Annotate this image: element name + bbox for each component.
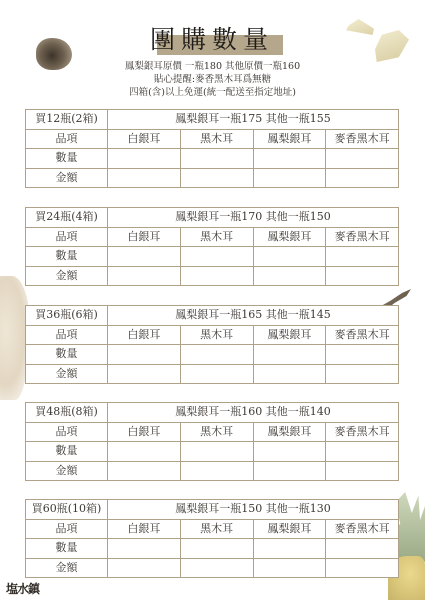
qty-cell[interactable] — [253, 149, 326, 169]
tier-label: 買24瓶(4箱) — [26, 208, 108, 228]
amount-cell[interactable] — [326, 558, 399, 578]
tier-price: 鳳梨銀耳一瓶170 其他一瓶150 — [108, 208, 399, 228]
price-notes: 鳳梨銀耳原價 一瓶180 其他原價一瓶160 貼心提醒:麥香黑木耳爲無糖 四箱(… — [0, 60, 425, 99]
tier-price: 鳳梨銀耳一瓶165 其他一瓶145 — [108, 306, 399, 326]
product-barley-wood-ear: 麥香黑木耳 — [326, 227, 399, 247]
tier-header-row: 買48瓶(8箱) 鳳梨銀耳一瓶160 其他一瓶140 — [26, 403, 399, 423]
product-wood-ear: 黑木耳 — [180, 325, 253, 345]
qty-cell[interactable] — [253, 442, 326, 462]
row-label-amount: 金額 — [26, 266, 108, 286]
product-barley-wood-ear: 麥香黑木耳 — [326, 422, 399, 442]
row-label-qty: 數量 — [26, 442, 108, 462]
tier-header-row: 買12瓶(2箱) 鳳梨銀耳一瓶175 其他一瓶155 — [26, 110, 399, 130]
tier-table-48: 買48瓶(8箱) 鳳梨銀耳一瓶160 其他一瓶140 品項 白銀耳 黑木耳 鳳梨… — [25, 402, 399, 481]
qty-cell[interactable] — [326, 442, 399, 462]
qty-cell[interactable] — [108, 149, 181, 169]
product-barley-wood-ear: 麥香黑木耳 — [326, 519, 399, 539]
amount-cell[interactable] — [253, 266, 326, 286]
note-original-price: 鳳梨銀耳原價 一瓶180 其他原價一瓶160 — [0, 60, 425, 73]
product-white-fungus: 白銀耳 — [108, 519, 181, 539]
amount-cell[interactable] — [253, 558, 326, 578]
qty-cell[interactable] — [180, 539, 253, 559]
product-row: 品項 白銀耳 黑木耳 鳳梨銀耳 麥香黑木耳 — [26, 519, 399, 539]
product-pineapple-fungus: 鳳梨銀耳 — [253, 422, 326, 442]
row-label-amount: 金額 — [26, 461, 108, 481]
tier-label: 買48瓶(8箱) — [26, 403, 108, 423]
amount-cell[interactable] — [253, 364, 326, 384]
tier-label: 買36瓶(6箱) — [26, 306, 108, 326]
amount-cell[interactable] — [326, 364, 399, 384]
product-row: 品項 白銀耳 黑木耳 鳳梨銀耳 麥香黑木耳 — [26, 325, 399, 345]
qty-cell[interactable] — [108, 539, 181, 559]
amount-row: 金額 — [26, 168, 399, 188]
tier-header-row: 買36瓶(6箱) 鳳梨銀耳一瓶165 其他一瓶145 — [26, 306, 399, 326]
tier-label: 買12瓶(2箱) — [26, 110, 108, 130]
title-text: 團購數量 — [150, 24, 274, 56]
tier-price: 鳳梨銀耳一瓶175 其他一瓶155 — [108, 110, 399, 130]
product-pineapple-fungus: 鳳梨銀耳 — [253, 325, 326, 345]
row-label-amount: 金額 — [26, 364, 108, 384]
product-white-fungus: 白銀耳 — [108, 422, 181, 442]
product-wood-ear: 黑木耳 — [180, 129, 253, 149]
product-white-fungus: 白銀耳 — [108, 227, 181, 247]
qty-cell[interactable] — [253, 345, 326, 365]
row-label-qty: 數量 — [26, 247, 108, 267]
amount-cell[interactable] — [180, 266, 253, 286]
tier-table-36: 買36瓶(6箱) 鳳梨銀耳一瓶165 其他一瓶145 品項 白銀耳 黑木耳 鳳梨… — [25, 305, 399, 384]
row-label-item: 品項 — [26, 227, 108, 247]
amount-cell[interactable] — [108, 558, 181, 578]
row-label-item: 品項 — [26, 325, 108, 345]
amount-cell[interactable] — [326, 266, 399, 286]
qty-cell[interactable] — [108, 345, 181, 365]
quantity-row: 數量 — [26, 149, 399, 169]
amount-row: 金額 — [26, 461, 399, 481]
qty-cell[interactable] — [253, 247, 326, 267]
qty-cell[interactable] — [180, 247, 253, 267]
row-label-qty: 數量 — [26, 539, 108, 559]
note-free-shipping: 四箱(含)以上免運(統一配送至指定地址) — [0, 86, 425, 99]
quantity-row: 數量 — [26, 442, 399, 462]
product-pineapple-fungus: 鳳梨銀耳 — [253, 227, 326, 247]
row-label-amount: 金額 — [26, 168, 108, 188]
qty-cell[interactable] — [180, 442, 253, 462]
product-row: 品項 白銀耳 黑木耳 鳳梨銀耳 麥香黑木耳 — [26, 129, 399, 149]
row-label-item: 品項 — [26, 519, 108, 539]
product-row: 品項 白銀耳 黑木耳 鳳梨銀耳 麥香黑木耳 — [26, 422, 399, 442]
row-label-amount: 金額 — [26, 558, 108, 578]
row-label-qty: 數量 — [26, 149, 108, 169]
quantity-row: 數量 — [26, 247, 399, 267]
amount-cell[interactable] — [180, 168, 253, 188]
tier-header-row: 買24瓶(4箱) 鳳梨銀耳一瓶170 其他一瓶150 — [26, 208, 399, 228]
pineapple-chip-image — [346, 19, 374, 35]
amount-cell[interactable] — [180, 461, 253, 481]
product-wood-ear: 黑木耳 — [180, 422, 253, 442]
product-wood-ear: 黑木耳 — [180, 519, 253, 539]
product-row: 品項 白銀耳 黑木耳 鳳梨銀耳 麥香黑木耳 — [26, 227, 399, 247]
row-label-item: 品項 — [26, 129, 108, 149]
product-white-fungus: 白銀耳 — [108, 129, 181, 149]
amount-cell[interactable] — [180, 558, 253, 578]
product-white-fungus: 白銀耳 — [108, 325, 181, 345]
amount-cell[interactable] — [108, 266, 181, 286]
row-label-item: 品項 — [26, 422, 108, 442]
amount-row: 金額 — [26, 364, 399, 384]
tier-label: 買60瓶(10箱) — [26, 500, 108, 520]
page-title: 團購數量 — [150, 24, 282, 58]
qty-cell[interactable] — [253, 539, 326, 559]
row-label-qty: 數量 — [26, 345, 108, 365]
tier-table-24: 買24瓶(4箱) 鳳梨銀耳一瓶170 其他一瓶150 品項 白銀耳 黑木耳 鳳梨… — [25, 207, 399, 286]
product-pineapple-fungus: 鳳梨銀耳 — [253, 129, 326, 149]
amount-cell[interactable] — [326, 168, 399, 188]
amount-cell[interactable] — [108, 168, 181, 188]
qty-cell[interactable] — [108, 247, 181, 267]
product-barley-wood-ear: 麥香黑木耳 — [326, 325, 399, 345]
product-wood-ear: 黑木耳 — [180, 227, 253, 247]
amount-cell[interactable] — [108, 461, 181, 481]
quantity-row: 數量 — [26, 345, 399, 365]
tier-table-60: 買60瓶(10箱) 鳳梨銀耳一瓶150 其他一瓶130 品項 白銀耳 黑木耳 鳳… — [25, 499, 399, 578]
pineapple-chip-image — [375, 30, 409, 62]
product-pineapple-fungus: 鳳梨銀耳 — [253, 519, 326, 539]
qty-cell[interactable] — [326, 345, 399, 365]
tier-table-12: 買12瓶(2箱) 鳳梨銀耳一瓶175 其他一瓶155 品項 白銀耳 黑木耳 鳳梨… — [25, 109, 399, 188]
amount-cell[interactable] — [108, 364, 181, 384]
note-sugar-free: 貼心提醒:麥香黑木耳爲無糖 — [0, 73, 425, 86]
qty-cell[interactable] — [180, 345, 253, 365]
quantity-row: 數量 — [26, 539, 399, 559]
product-barley-wood-ear: 麥香黑木耳 — [326, 129, 399, 149]
amount-cell[interactable] — [253, 168, 326, 188]
amount-cell[interactable] — [326, 461, 399, 481]
amount-row: 金額 — [26, 558, 399, 578]
qty-cell[interactable] — [326, 539, 399, 559]
tier-header-row: 買60瓶(10箱) 鳳梨銀耳一瓶150 其他一瓶130 — [26, 500, 399, 520]
qty-cell[interactable] — [108, 442, 181, 462]
qty-cell[interactable] — [326, 247, 399, 267]
amount-cell[interactable] — [253, 461, 326, 481]
qty-cell[interactable] — [180, 149, 253, 169]
amount-row: 金額 — [26, 266, 399, 286]
tier-price: 鳳梨銀耳一瓶150 其他一瓶130 — [108, 500, 399, 520]
amount-cell[interactable] — [180, 364, 253, 384]
brand-logo: 塩水鎮 — [6, 580, 39, 597]
tier-price: 鳳梨銀耳一瓶160 其他一瓶140 — [108, 403, 399, 423]
qty-cell[interactable] — [326, 149, 399, 169]
